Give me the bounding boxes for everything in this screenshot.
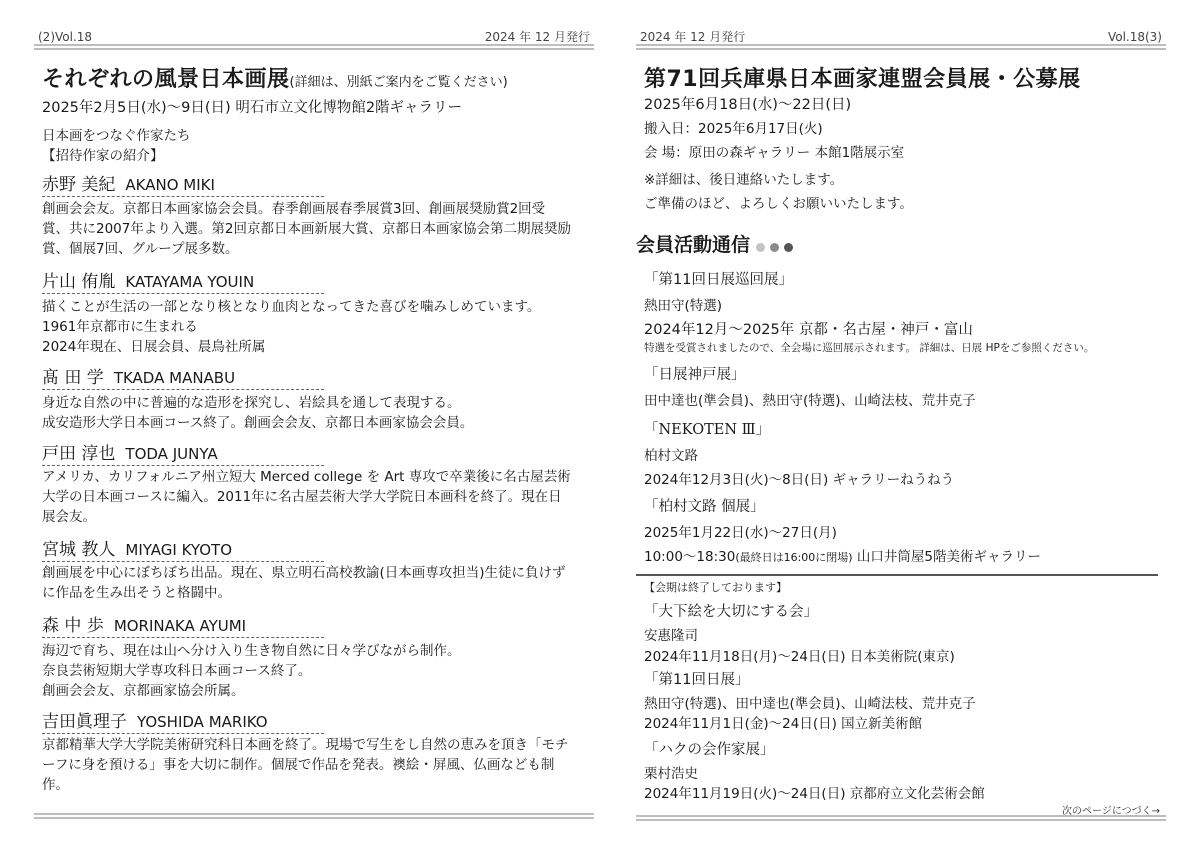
artist-name-ja: 森 中 歩 bbox=[42, 616, 104, 636]
artist-bio: 創画展を中心にぼちぼち出品。現在、県立明石高校教諭(日本画専攻担当)生徒に負けず… bbox=[42, 563, 572, 603]
right-page: 2024 年 12 月発行 Vol.18(3) 第71回兵庫県日本画家連盟会員展… bbox=[636, 0, 1166, 849]
footer-rule bbox=[34, 813, 594, 819]
activity-title: 「ハクの会作家展」 bbox=[644, 738, 775, 759]
artist-name-en: MORINAKA AYUMI bbox=[114, 617, 246, 635]
artist-name: 宮城 教人MIYAGI KYOTO bbox=[42, 535, 324, 562]
artist-bio-line: 1961年京都市に生まれる bbox=[42, 315, 198, 335]
header-rule bbox=[34, 44, 594, 50]
delivery-date: 搬入日：2025年6月17日(火) bbox=[644, 117, 823, 137]
activity-note: 特選を受賞されましたので、全会場に巡回展示されます。 詳細は、日展 HPをご参照… bbox=[644, 340, 1094, 355]
activity-time: 10:00～18:30(最終日は16:00に閉場) 山口井筒屋5階美術ギャラリー bbox=[644, 545, 1041, 565]
artist-name-en: TKADA MANABU bbox=[114, 369, 235, 387]
activity-title: 「大下絵を大切にする会」 bbox=[644, 600, 818, 621]
artist-name-en: TODA JUNYA bbox=[125, 445, 217, 463]
section-label: 【招待作家の紹介】 bbox=[42, 144, 164, 164]
artist-name: 赤野 美紀AKANO MIKI bbox=[42, 170, 324, 197]
artist-name-ja: 宮城 教人 bbox=[42, 540, 115, 560]
volume-label: (2)Vol.18 bbox=[38, 30, 92, 44]
activity-members: 栗村浩史 bbox=[644, 762, 698, 782]
exhibition-note: ご準備のほど、よろしくお願いいたします。 bbox=[644, 192, 913, 212]
activity-info: 2024年12月～2025年 京都・名古屋・神戸・富山 bbox=[644, 318, 973, 339]
activity-members: 熱田守(特選) bbox=[644, 294, 722, 314]
volume-label: Vol.18(3) bbox=[1108, 30, 1162, 44]
exhibition-title: それぞれの風景日本画展(詳細は、別紙ご案内をご覧ください) bbox=[42, 62, 508, 93]
activity-members: 安惠隆司 bbox=[644, 624, 698, 644]
artist-name-en: AKANO MIKI bbox=[125, 176, 215, 194]
artist-name-en: MIYAGI KYOTO bbox=[125, 541, 232, 559]
activity-members: 田中達也(準会員)、熱田守(特選)、山崎法枝、荒井克子 bbox=[644, 389, 976, 409]
issue-date: 2024 年 12 月発行 bbox=[485, 30, 590, 44]
artist-bio-line: 海辺で育ち、現在は山へ分け入り生き物自然に日々学びながら制作。 bbox=[42, 639, 461, 659]
artist-bio-line: 創画会会友、京都画家協会所属。 bbox=[42, 679, 245, 699]
exhibition-title: 第71回兵庫県日本画家連盟会員展・公募展 bbox=[644, 62, 1081, 93]
artist-bio-line: 身近な自然の中に普遍的な造形を探究し、岩絵具を通して表現する。 bbox=[42, 391, 461, 411]
exhibition-dates: 2025年6月18日(水)～22日(日) bbox=[644, 93, 851, 114]
activity-info: 2024年11月1日(金)～24日(日) 国立新美術館 bbox=[644, 712, 922, 732]
activity-time-note: (最終日は16:00に閉場) bbox=[735, 551, 852, 564]
artist-bio: アメリカ、カリフォルニア州立短大 Merced college を Art 専攻… bbox=[42, 467, 572, 527]
artist-name-ja: 髙 田 学 bbox=[42, 368, 104, 388]
activity-info: 2025年1月22日(水)～27日(月) bbox=[644, 521, 837, 541]
artist-name-ja: 戸田 淳也 bbox=[42, 444, 115, 464]
artist-name-en: KATAYAMA YOUIN bbox=[125, 273, 254, 291]
decorative-dots-icon bbox=[756, 235, 798, 257]
artist-name-ja: 吉田眞理子 bbox=[42, 712, 127, 732]
exhibition-subtitle: 日本画をつなぐ作家たち bbox=[42, 124, 191, 144]
activity-heading: 会員活動通信 bbox=[636, 230, 798, 257]
artist-bio-line: 成安造形大学日本画コース終了。創画会会友、京都日本画家協会会員。 bbox=[42, 411, 473, 431]
artist-bio-line: 描くことが生活の一部となり核となり血肉となってきた喜びを噛みしめています。 bbox=[42, 295, 540, 315]
activity-title: 「第11回日展巡回展」 bbox=[644, 268, 793, 289]
footer-rule bbox=[636, 815, 1166, 821]
activity-title: 「日展神戸展」 bbox=[644, 363, 746, 384]
activity-info: 2024年11月19日(火)～24日(日) 京都府立文化芸術会館 bbox=[644, 782, 985, 802]
ended-label: 【会期は終了しております】 bbox=[644, 579, 787, 595]
exhibition-date-venue: 2025年2月5日(水)～9日(日) 明石市立文化博物館2階ギャラリー bbox=[42, 96, 462, 117]
artist-name: 吉田眞理子YOSHIDA MARIKO bbox=[42, 707, 324, 734]
artist-name: 戸田 淳也TODA JUNYA bbox=[42, 439, 324, 466]
exhibition-title-text: それぞれの風景日本画展 bbox=[42, 67, 290, 92]
activity-time-main: 10:00～18:30 bbox=[644, 549, 735, 565]
header-rule bbox=[636, 44, 1166, 50]
activity-info: 2024年12月3日(火)～8日(日) ギャラリーねうねう bbox=[644, 468, 954, 488]
left-page: (2)Vol.18 2024 年 12 月発行 それぞれの風景日本画展(詳細は、… bbox=[34, 0, 594, 849]
activity-info: 2024年11月18日(月)～24日(日) 日本美術院(東京) bbox=[644, 645, 955, 665]
artist-bio: 京都精華大学大学院美術研究科日本画を終了。現場で写生をし自然の恵みを頂き「モチー… bbox=[42, 735, 572, 795]
artist-name: 森 中 歩MORINAKA AYUMI bbox=[42, 611, 324, 638]
activity-title: 「柏村文路 個展」 bbox=[644, 495, 765, 516]
activity-heading-text: 会員活動通信 bbox=[636, 234, 750, 256]
exhibition-note: ※詳細は、後日連絡いたします。 bbox=[644, 168, 843, 188]
artist-name-ja: 片山 侑胤 bbox=[42, 272, 115, 292]
exhibition-title-note: (詳細は、別紙ご案内をご覧ください) bbox=[290, 75, 508, 90]
activity-title: 「NEKOTEN Ⅲ」 bbox=[644, 418, 770, 439]
artist-name: 髙 田 学TKADA MANABU bbox=[42, 363, 324, 390]
activity-venue: 山口井筒屋5階美術ギャラリー bbox=[857, 549, 1041, 565]
activity-members: 柏村文路 bbox=[644, 444, 698, 464]
section-divider bbox=[636, 574, 1158, 576]
artist-bio: 創画会会友。京都日本画家協会会員。春季創画展春季展賞3回、創画展奨励賞2回受賞、… bbox=[42, 199, 572, 259]
artist-name-ja: 赤野 美紀 bbox=[42, 175, 115, 195]
artist-name: 片山 侑胤KATAYAMA YOUIN bbox=[42, 267, 324, 294]
activity-title: 「第11回日展」 bbox=[644, 668, 749, 689]
exhibition-venue: 会 場：原田の森ギャラリー 本館1階展示室 bbox=[644, 141, 904, 161]
artist-name-en: YOSHIDA MARIKO bbox=[137, 713, 268, 731]
activity-members: 熱田守(特選)、田中達也(準会員)、山崎法枝、荒井克子 bbox=[644, 692, 976, 712]
artist-bio-line: 奈良芸術短期大学専攻科日本画コース終了。 bbox=[42, 659, 311, 679]
issue-date: 2024 年 12 月発行 bbox=[640, 30, 745, 44]
artist-bio-line: 2024年現在、日展会員、晨鳥社所属 bbox=[42, 335, 265, 355]
